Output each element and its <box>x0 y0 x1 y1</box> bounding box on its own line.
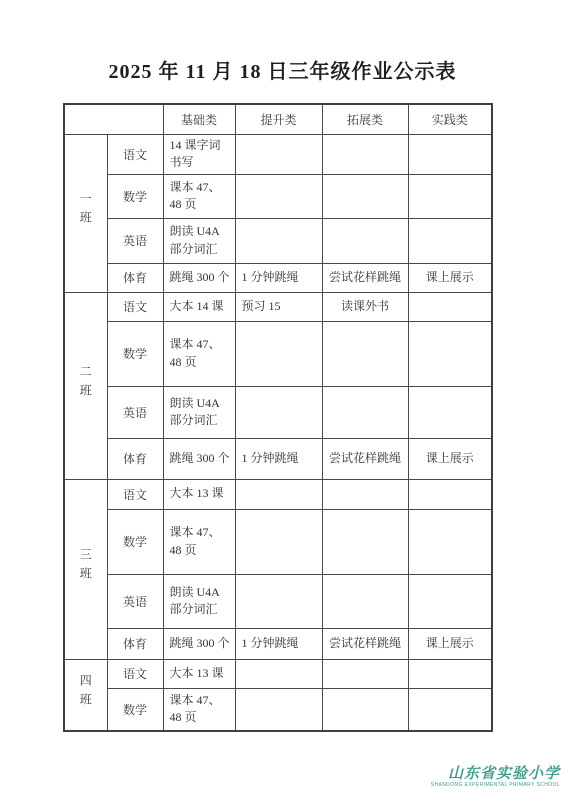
homework-cell <box>235 386 322 438</box>
homework-cell <box>235 479 322 509</box>
homework-cell <box>322 479 408 509</box>
table-row: 一班 语文 14 课字词书写 <box>64 134 492 174</box>
homework-cell: 课上展示 <box>408 438 492 479</box>
homework-cell: 跳绳 300 个 <box>163 628 235 659</box>
class-label-1: 一班 <box>64 134 107 292</box>
homework-cell <box>235 321 322 386</box>
homework-cell: 跳绳 300 个 <box>163 438 235 479</box>
subject-cell: 语文 <box>107 479 163 509</box>
subject-cell: 英语 <box>107 574 163 628</box>
table-row: 体育 跳绳 300 个 1 分钟跳绳 尝试花样跳绳 课上展示 <box>64 263 492 292</box>
document-page: 2025 年 11 月 18 日三年级作业公示表 基础类 提升类 拓展类 实践类… <box>0 0 565 800</box>
subject-cell: 语文 <box>107 134 163 174</box>
homework-cell <box>408 134 492 174</box>
table-row: 英语 朗读 U4A 部分词汇 <box>64 574 492 628</box>
homework-cell: 朗读 U4A 部分词汇 <box>163 218 235 263</box>
homework-cell <box>235 688 322 731</box>
class-name: 一班 <box>77 192 94 230</box>
homework-cell <box>408 174 492 218</box>
homework-cell: 大本 13 课 <box>163 659 235 688</box>
column-header-improve: 提升类 <box>235 104 322 134</box>
class-label-4: 四班 <box>64 659 107 731</box>
class-name: 三班 <box>77 548 94 586</box>
subject-cell: 体育 <box>107 628 163 659</box>
homework-cell <box>408 479 492 509</box>
homework-cell: 尝试花样跳绳 <box>322 628 408 659</box>
homework-cell: 1 分钟跳绳 <box>235 263 322 292</box>
homework-cell: 朗读 U4A 部分词汇 <box>163 574 235 628</box>
homework-cell <box>235 509 322 574</box>
homework-cell <box>408 574 492 628</box>
homework-cell <box>322 574 408 628</box>
homework-cell: 1 分钟跳绳 <box>235 438 322 479</box>
homework-cell <box>408 321 492 386</box>
class-name: 二班 <box>77 365 94 403</box>
homework-cell <box>408 292 492 321</box>
column-header-basic: 基础类 <box>163 104 235 134</box>
class-name: 四班 <box>77 674 94 712</box>
subject-cell: 数学 <box>107 321 163 386</box>
homework-cell <box>322 218 408 263</box>
subject-cell: 英语 <box>107 218 163 263</box>
table-row: 数学 课本 47、48 页 <box>64 321 492 386</box>
subject-cell: 体育 <box>107 438 163 479</box>
class-label-2: 二班 <box>64 292 107 479</box>
subject-cell: 数学 <box>107 174 163 218</box>
homework-cell: 课本 47、48 页 <box>163 509 235 574</box>
homework-cell <box>322 659 408 688</box>
school-logo: 山东省实验小学 SHANDONG EXPERIMENTAL PRIMARY SC… <box>431 765 560 789</box>
homework-cell: 朗读 U4A 部分词汇 <box>163 386 235 438</box>
homework-cell: 1 分钟跳绳 <box>235 628 322 659</box>
table-row: 英语 朗读 U4A 部分词汇 <box>64 218 492 263</box>
subject-cell: 体育 <box>107 263 163 292</box>
homework-cell <box>322 386 408 438</box>
table-row: 体育 跳绳 300 个 1 分钟跳绳 尝试花样跳绳 课上展示 <box>64 628 492 659</box>
homework-cell: 课本 47、48 页 <box>163 688 235 731</box>
homework-cell: 大本 13 课 <box>163 479 235 509</box>
table-row: 三班 语文 大本 13 课 <box>64 479 492 509</box>
subject-cell: 英语 <box>107 386 163 438</box>
table-row: 数学 课本 47、48 页 <box>64 688 492 731</box>
homework-cell <box>408 688 492 731</box>
homework-cell <box>235 174 322 218</box>
homework-cell <box>235 574 322 628</box>
school-name-cn: 山东省实验小学 <box>431 765 560 783</box>
homework-cell <box>322 509 408 574</box>
page-title: 2025 年 11 月 18 日三年级作业公示表 <box>0 55 565 84</box>
corner-cell <box>64 104 163 134</box>
homework-cell: 课本 47、48 页 <box>163 321 235 386</box>
homework-cell <box>408 218 492 263</box>
homework-cell: 课上展示 <box>408 628 492 659</box>
table-row: 数学 课本 47、48 页 <box>64 174 492 218</box>
homework-cell: 跳绳 300 个 <box>163 263 235 292</box>
class-label-3: 三班 <box>64 479 107 659</box>
homework-cell <box>322 321 408 386</box>
homework-cell: 课本 47、48 页 <box>163 174 235 218</box>
homework-cell: 大本 14 课 <box>163 292 235 321</box>
table-row: 四班 语文 大本 13 课 <box>64 659 492 688</box>
school-name-en: SHANDONG EXPERIMENTAL PRIMARY SCHOOL <box>431 783 560 789</box>
homework-cell <box>235 659 322 688</box>
table-row: 数学 课本 47、48 页 <box>64 509 492 574</box>
homework-cell <box>235 218 322 263</box>
subject-cell: 数学 <box>107 509 163 574</box>
homework-cell: 预习 15 <box>235 292 322 321</box>
table-row: 体育 跳绳 300 个 1 分钟跳绳 尝试花样跳绳 课上展示 <box>64 438 492 479</box>
column-header-practice: 实践类 <box>408 104 492 134</box>
homework-cell <box>235 134 322 174</box>
homework-cell: 尝试花样跳绳 <box>322 263 408 292</box>
homework-cell: 尝试花样跳绳 <box>322 438 408 479</box>
homework-table: 基础类 提升类 拓展类 实践类 一班 语文 14 课字词书写 数学 课本 47、… <box>63 103 493 732</box>
column-header-expand: 拓展类 <box>322 104 408 134</box>
homework-cell: 14 课字词书写 <box>163 134 235 174</box>
homework-cell <box>322 688 408 731</box>
homework-cell <box>322 174 408 218</box>
homework-cell <box>408 659 492 688</box>
table-row: 二班 语文 大本 14 课 预习 15 读课外书 <box>64 292 492 321</box>
homework-cell <box>322 134 408 174</box>
table-header-row: 基础类 提升类 拓展类 实践类 <box>64 104 492 134</box>
table-row: 英语 朗读 U4A 部分词汇 <box>64 386 492 438</box>
homework-cell <box>408 509 492 574</box>
subject-cell: 数学 <box>107 688 163 731</box>
homework-cell <box>408 386 492 438</box>
subject-cell: 语文 <box>107 659 163 688</box>
homework-cell: 课上展示 <box>408 263 492 292</box>
subject-cell: 语文 <box>107 292 163 321</box>
homework-cell: 读课外书 <box>322 292 408 321</box>
